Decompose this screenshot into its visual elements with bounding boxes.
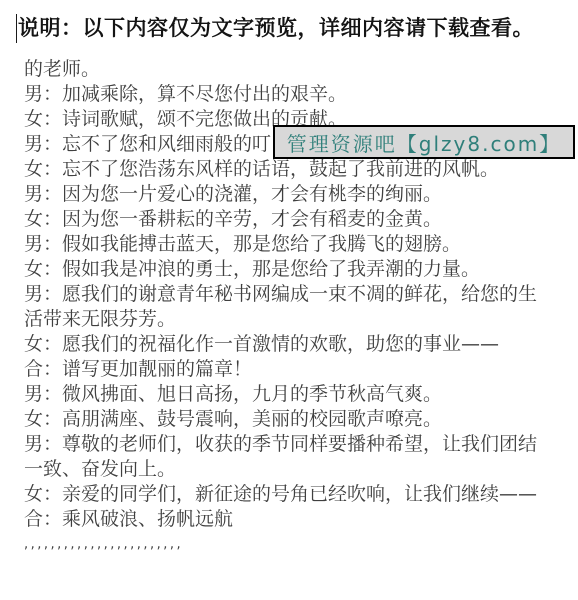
text-line: 男：加减乘除，算不尽您付出的艰辛。 bbox=[24, 82, 544, 107]
preview-notice: 说明：以下内容仅为文字预览，详细内容请下载查看。 bbox=[18, 14, 563, 42]
text-line: 女：忘不了您浩荡东风样的话语，鼓起了我前进的风帆。 bbox=[24, 157, 544, 182]
text-line: 女：因为您一番耕耘的辛劳，才会有稻麦的金黄。 bbox=[24, 207, 544, 232]
ellipsis-line: ,,,,,,,,,,,,,,,,,,,,,,,, bbox=[24, 532, 544, 557]
text-line: 男：因为您一片爱心的浇灌，才会有桃李的绚丽。 bbox=[24, 182, 544, 207]
text-line: 的老师。 bbox=[24, 57, 544, 82]
text-line: 女：愿我们的祝福化作一首激情的欢歌，助您的事业—— bbox=[24, 332, 544, 357]
text-line: 男：尊敬的老师们，收获的季节同样要播种希望，让我们团结 一致、奋发向上。 bbox=[24, 432, 544, 482]
text-line: 男：假如我能搏击蓝天，那是您给了我腾飞的翅膀。 bbox=[24, 232, 544, 257]
text-line: 女：亲爱的同学们，新征途的号角已经吹响，让我们继续—— bbox=[24, 482, 544, 507]
watermark-box: 管理资源吧【glzy8.com】 bbox=[273, 125, 575, 159]
text-line: 合：谱写更加靓丽的篇章！ bbox=[24, 357, 544, 382]
text-line: 合：乘风破浪、扬帆远航 bbox=[24, 507, 544, 532]
text-line: 女：假如我是冲浪的勇士，那是您给了我弄潮的力量。 bbox=[24, 257, 544, 282]
text-cursor bbox=[16, 14, 17, 43]
document-preview-page: 说明：以下内容仅为文字预览，详细内容请下载查看。 的老师。男：加减乘除，算不尽您… bbox=[0, 0, 578, 600]
text-line: 男：愿我们的谢意青年秘书网编成一束不凋的鲜花，给您的生 活带来无限芬芳。 bbox=[24, 282, 544, 332]
watermark-text: 管理资源吧【glzy8.com】 bbox=[287, 128, 561, 157]
text-line: 女：高朋满座、鼓号震响，美丽的校园歌声嘹亮。 bbox=[24, 407, 544, 432]
text-line: 男：微风拂面、旭日高扬，九月的季节秋高气爽。 bbox=[24, 382, 544, 407]
